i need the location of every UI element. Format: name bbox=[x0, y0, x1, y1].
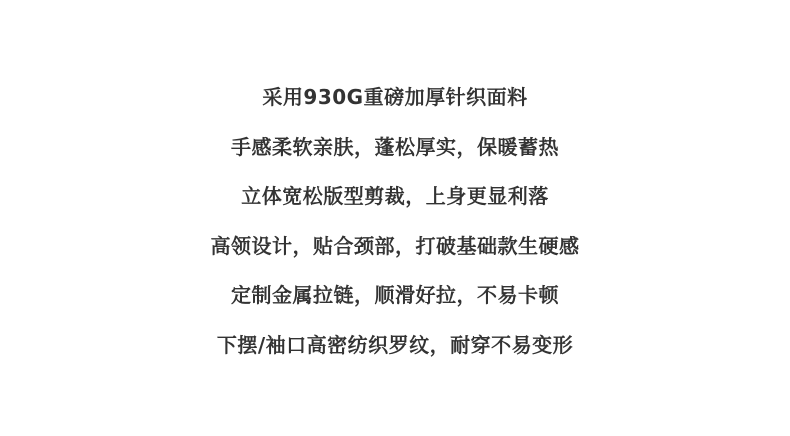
feature-ribbing: 下摆/袖口高密纺织罗纹，耐穿不易变形 bbox=[0, 331, 790, 381]
feature-list: 采用930G重磅加厚针织面料 手感柔软亲肤，蓬松厚实，保暖蓄热 立体宽松版型剪裁… bbox=[0, 83, 790, 381]
feature-fabric: 采用930G重磅加厚针织面料 bbox=[0, 83, 790, 133]
feature-comfort: 手感柔软亲肤，蓬松厚实，保暖蓄热 bbox=[0, 133, 790, 183]
feature-collar: 高领设计，贴合颈部，打破基础款生硬感 bbox=[0, 232, 790, 282]
feature-fit: 立体宽松版型剪裁，上身更显利落 bbox=[0, 182, 790, 232]
feature-zipper: 定制金属拉链，顺滑好拉，不易卡顿 bbox=[0, 281, 790, 331]
product-feature-panel: 采用930G重磅加厚针织面料 手感柔软亲肤，蓬松厚实，保暖蓄热 立体宽松版型剪裁… bbox=[0, 0, 790, 436]
